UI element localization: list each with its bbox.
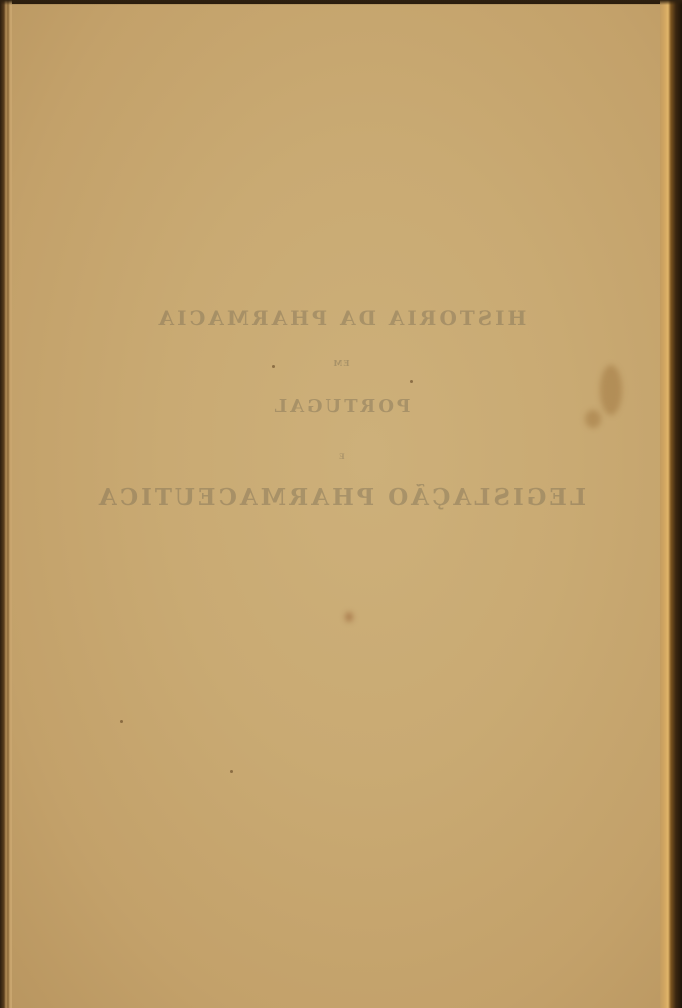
bleed-title-line-4: E bbox=[0, 452, 682, 461]
paper-speck bbox=[120, 720, 123, 723]
top-edge-shadow bbox=[0, 0, 682, 5]
bleed-title-line-5: LEGISLAÇÃO PHARMACEUTICA bbox=[0, 484, 682, 511]
paper-speck bbox=[410, 380, 413, 383]
scanned-page: HISTORIA DA PHARMACIA EM PORTUGAL E LEGI… bbox=[0, 0, 682, 1008]
foxing-stain bbox=[345, 612, 353, 622]
foxing-stain bbox=[600, 365, 622, 415]
paper-speck bbox=[230, 770, 233, 773]
bleed-title-line-2: EM bbox=[0, 358, 682, 368]
bleed-title-line-1: HISTORIA DA PHARMACIA bbox=[0, 306, 682, 330]
bleed-title-line-3: PORTUGAL bbox=[0, 396, 682, 417]
paper-speck bbox=[272, 365, 275, 368]
foxing-stain bbox=[585, 410, 601, 428]
